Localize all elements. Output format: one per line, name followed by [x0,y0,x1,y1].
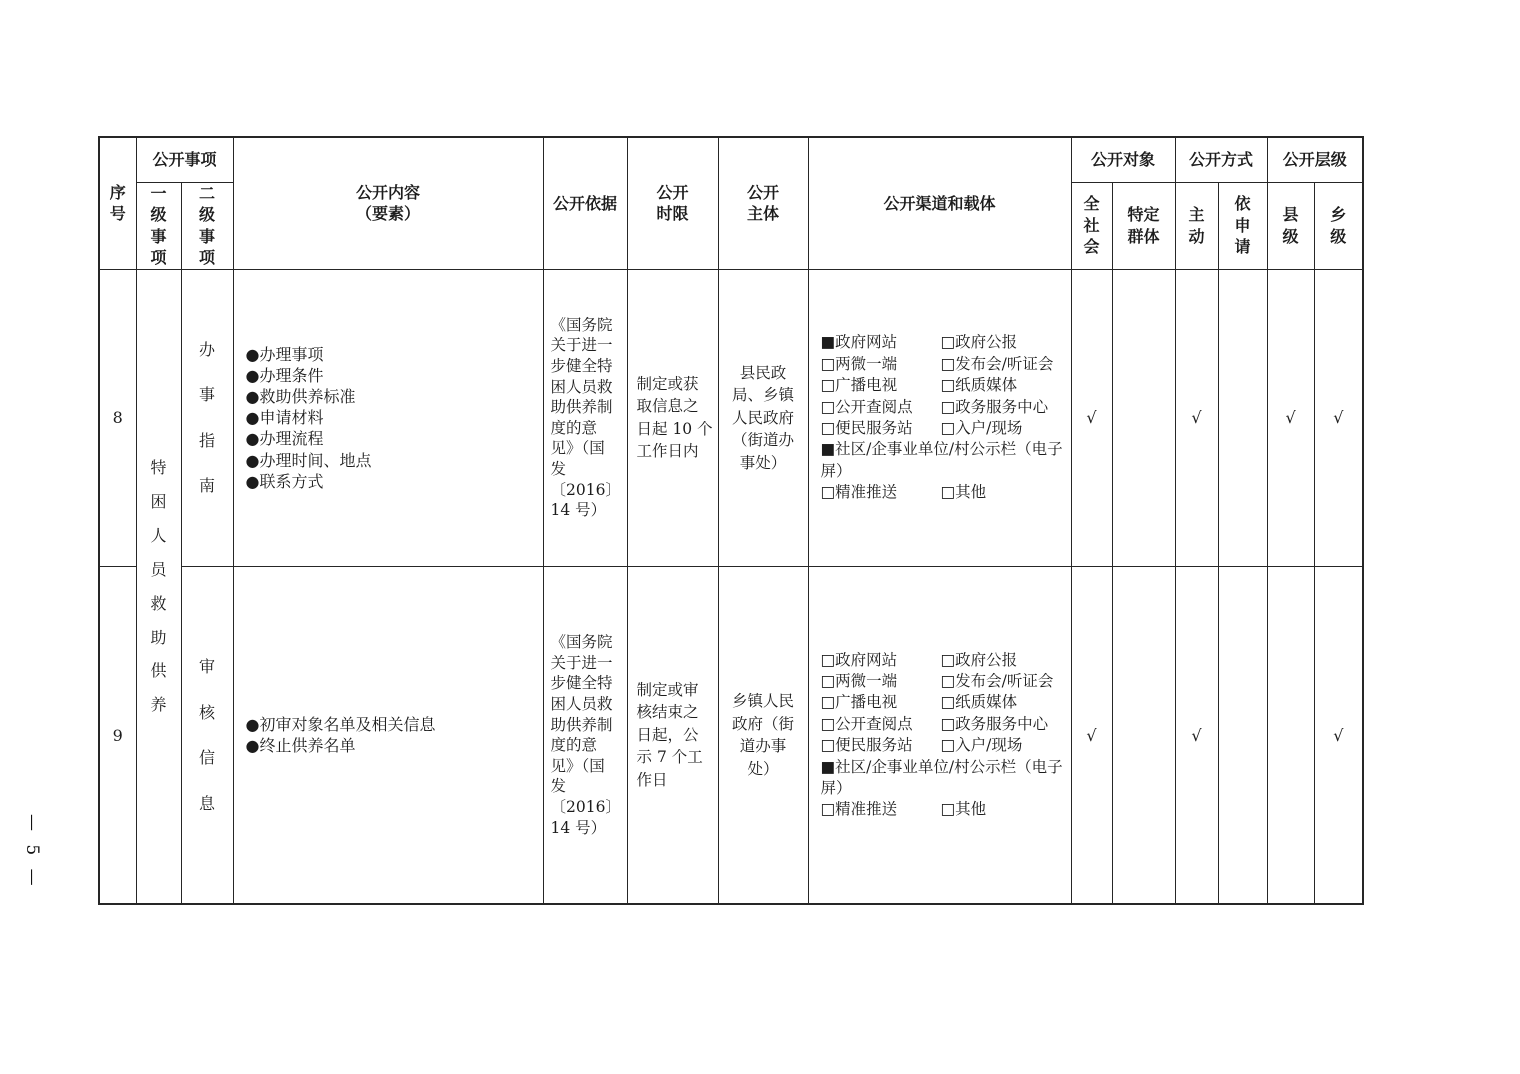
channel-item: □纸质媒体 [941,375,1065,396]
mark-county [1267,566,1314,904]
channel-item: □发布会/听证会 [941,671,1065,692]
seq-cell: 8 [99,269,136,566]
channels-cell: □政府网站□政府公报□两微一端□发布会/听证会□广播电视□纸质媒体□公开查阅点□… [808,566,1071,904]
channel-item: □政府公报 [941,332,1065,353]
content-bullet-item: ●办理事项 [246,344,543,365]
mark-all-society: √ [1071,566,1112,904]
mark-on-request [1218,269,1267,566]
header-group-method: 公开方式 [1175,137,1267,182]
channel-item: □广播电视 [821,692,941,713]
channel-item: □政府网站 [821,650,941,671]
header-group-level: 公开层级 [1267,137,1363,182]
header-level1-item: 一级事项 [136,182,181,269]
channel-item: □其他 [941,799,1065,820]
secondary-item-label: 办事指南 [198,327,216,509]
content-cell: ●初审对象名单及相关信息●终止供养名单 [233,566,543,904]
basis-cell: 《国务院 关于进一 步健全特 困人员救 助供养制 度的意 见》（国 发〔2016… [543,566,627,904]
header-row-groups: 序号 公开事项 公开内容 （要素） 公开依据 公开 时限 公开 主体 公开渠道和… [99,137,1363,182]
channel-item: □政务服务中心 [941,714,1065,735]
mark-on-request [1218,566,1267,904]
content-bullet-item: ●办理流程 [246,428,543,449]
page-number: — 5 — [14,802,50,902]
subject-text: 县民政 局、乡镇 人民政府 （街道办 事处） [719,362,808,474]
header-group-audience: 公开对象 [1071,137,1175,182]
time-limit-cell: 制定或获 取信息之 日起 10 个 工作日内 [627,269,718,566]
time-limit-cell: 制定或审 核结束之 日起，公 示 7 个工 作日 [627,566,718,904]
header-county: 县级 [1267,182,1314,269]
document-page: — 5 — 序号 公开事项 公开内容 （要素） 公开依据 公开 时限 公开 主体… [0,0,1520,1074]
channel-item: □两微一端 [821,354,941,375]
primary-item-label: 特困人员救助供养 [150,451,168,722]
content-bullet-item: ●救助供养标准 [246,386,543,407]
channel-item: □便民服务站 [821,735,941,756]
channel-item: □广播电视 [821,375,941,396]
header-group-items: 公开事项 [136,137,233,182]
channel-list: □政府网站□政府公报□两微一端□发布会/听证会□广播电视□纸质媒体□公开查阅点□… [809,650,1071,821]
header-time-limit: 公开 时限 [627,137,718,269]
channel-item: □政府公报 [941,650,1065,671]
channel-item: □纸质媒体 [941,692,1065,713]
subject-cell: 县民政 局、乡镇 人民政府 （街道办 事处） [718,269,808,566]
secondary-item-cell: 审核信息 [181,566,233,904]
channel-item: □精准推送 [821,482,941,503]
channel-item: □公开查阅点 [821,714,941,735]
mark-county: √ [1267,269,1314,566]
mark-township: √ [1314,269,1363,566]
channel-list: ■政府网站□政府公报□两微一端□发布会/听证会□广播电视□纸质媒体□公开查阅点□… [809,332,1071,503]
channel-item: □入户/现场 [941,418,1065,439]
table-row-item-9: 9 审核信息 ●初审对象名单及相关信息●终止供养名单 《国务院 关于进一 步健全… [99,566,1363,904]
header-specific-group: 特定群体 [1112,182,1175,269]
basis-text: 《国务院 关于进一 步健全特 困人员救 助供养制 度的意 见》（国 发〔2016… [544,632,627,838]
header-proactive: 主动 [1175,182,1218,269]
header-level2-item: 二级事项 [181,182,233,269]
channel-item: □两微一端 [821,671,941,692]
header-content: 公开内容 （要素） [233,137,543,269]
channel-item-checked: ■政府网站 [821,332,941,353]
mark-specific-group [1112,269,1175,566]
mark-proactive: √ [1175,566,1218,904]
mark-specific-group [1112,566,1175,904]
disclosure-table: 序号 公开事项 公开内容 （要素） 公开依据 公开 时限 公开 主体 公开渠道和… [98,136,1364,905]
subject-text: 乡镇人民 政府（街 道办事 处） [719,690,808,780]
mark-all-society: √ [1071,269,1112,566]
table-row-item-8: 8 特困人员救助供养 办事指南 ●办理事项●办理条件●救助供养标准●申请材料●办… [99,269,1363,566]
content-bullet-item: ●办理条件 [246,365,543,386]
header-seq: 序号 [99,137,136,269]
header-on-request: 依申请 [1218,182,1267,269]
content-bullet-item: ●申请材料 [246,407,543,428]
basis-text: 《国务院 关于进一 步健全特 困人员救 助供养制 度的意 见》（国 发〔2016… [544,315,627,521]
content-bullet-item: ●联系方式 [246,471,543,492]
mark-township: √ [1314,566,1363,904]
channel-item-checked: ■社区/企事业单位/村公示栏（电子屏） [821,439,1065,482]
header-all-society: 全社会 [1071,182,1112,269]
secondary-item-cell: 办事指南 [181,269,233,566]
header-channels: 公开渠道和载体 [808,137,1071,269]
time-limit-text: 制定或审 核结束之 日起，公 示 7 个工 作日 [628,679,718,791]
content-bullet-list: ●办理事项●办理条件●救助供养标准●申请材料●办理流程●办理时间、地点●联系方式 [234,344,543,492]
channel-item: □入户/现场 [941,735,1065,756]
header-subject: 公开 主体 [718,137,808,269]
basis-cell: 《国务院 关于进一 步健全特 困人员救 助供养制 度的意 见》（国 发〔2016… [543,269,627,566]
channels-cell: ■政府网站□政府公报□两微一端□发布会/听证会□广播电视□纸质媒体□公开查阅点□… [808,269,1071,566]
primary-item-cell: 特困人员救助供养 [136,269,181,904]
secondary-item-label: 审核信息 [198,644,216,826]
content-bullet-list: ●初审对象名单及相关信息●终止供养名单 [234,714,543,756]
channel-item: □发布会/听证会 [941,354,1065,375]
time-limit-text: 制定或获 取信息之 日起 10 个 工作日内 [628,373,718,463]
subject-cell: 乡镇人民 政府（街 道办事 处） [718,566,808,904]
content-bullet-item: ●初审对象名单及相关信息 [246,714,543,735]
channel-item: □精准推送 [821,799,941,820]
content-bullet-item: ●办理时间、地点 [246,450,543,471]
channel-item: □其他 [941,482,1065,503]
seq-cell: 9 [99,566,136,904]
channel-item: □公开查阅点 [821,397,941,418]
channel-item-checked: ■社区/企事业单位/村公示栏（电子屏） [821,757,1065,800]
mark-proactive: √ [1175,269,1218,566]
content-bullet-item: ●终止供养名单 [246,735,543,756]
header-basis: 公开依据 [543,137,627,269]
channel-item: □便民服务站 [821,418,941,439]
header-township: 乡级 [1314,182,1363,269]
content-cell: ●办理事项●办理条件●救助供养标准●申请材料●办理流程●办理时间、地点●联系方式 [233,269,543,566]
channel-item: □政务服务中心 [941,397,1065,418]
